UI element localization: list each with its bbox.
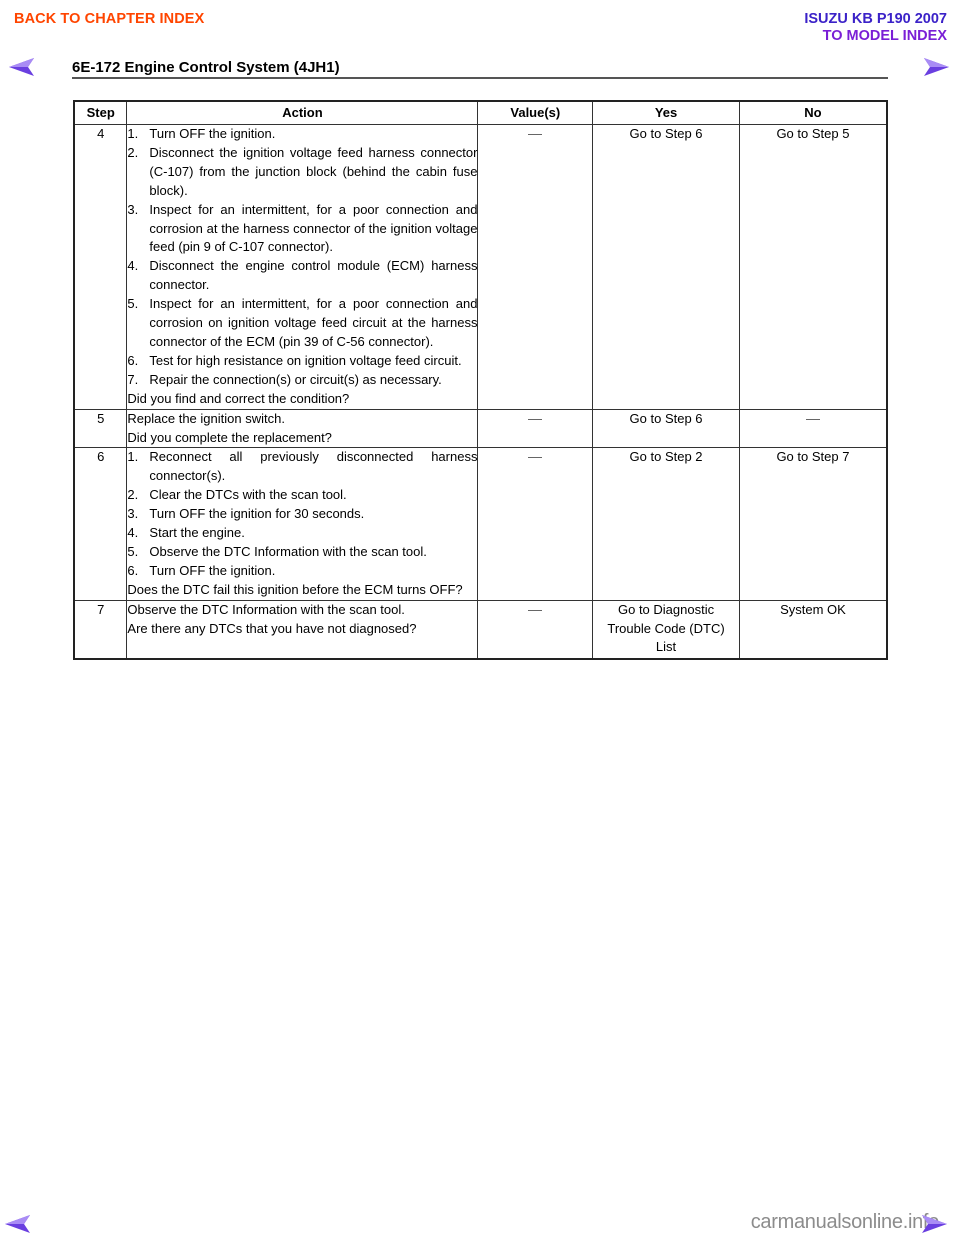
action-step: 5.Observe the DTC Information with the s…	[127, 543, 477, 562]
no-cell: Go to Step 7	[739, 448, 887, 600]
yes-line: Go to Diagnostic	[593, 601, 739, 620]
table-header-row: Step Action Value(s) Yes No	[74, 101, 887, 125]
action-steps: 1.Turn OFF the ignition. 2.Disconnect th…	[127, 125, 477, 390]
dash-icon	[806, 419, 820, 420]
to-model-index[interactable]: TO MODEL INDEX	[804, 28, 947, 45]
yes-cell: Go to Step 2	[593, 448, 740, 600]
table-row: 4 1.Turn OFF the ignition. 2.Disconnect …	[74, 125, 887, 410]
col-header-yes: Yes	[593, 101, 740, 125]
table-row: 5 Replace the ignition switch. Did you c…	[74, 409, 887, 448]
action-cell: Replace the ignition switch. Did you com…	[127, 409, 478, 448]
watermark: carmanualsonline.info	[751, 1211, 939, 1234]
table-row: 6 1.Reconnect all previously disconnecte…	[74, 448, 887, 600]
action-step: 4.Start the engine.	[127, 524, 477, 543]
value-cell	[478, 125, 593, 410]
back-to-chapter-index-link[interactable]: BACK TO CHAPTER INDEX	[14, 11, 204, 27]
right-arrow-icon[interactable]	[922, 56, 950, 78]
no-cell	[739, 409, 887, 448]
dash-icon	[528, 134, 542, 135]
col-header-no: No	[739, 101, 887, 125]
value-cell	[478, 409, 593, 448]
action-step: 1.Reconnect all previously disconnected …	[127, 448, 477, 486]
action-step: 6.Test for high resistance on ignition v…	[127, 352, 477, 371]
action-question: Did you find and correct the condition?	[127, 390, 477, 409]
yes-cell: Go to Step 6	[593, 125, 740, 410]
action-step: 6.Turn OFF the ignition.	[127, 562, 477, 581]
action-step: 5.Inspect for an intermittent, for a poo…	[127, 295, 477, 352]
page-title: 6E-172 Engine Control System (4JH1)	[72, 59, 340, 76]
model-name[interactable]: ISUZU KB P190 2007	[804, 11, 947, 28]
left-arrow-icon[interactable]	[8, 56, 36, 78]
yes-line: List	[593, 638, 739, 657]
value-cell	[478, 448, 593, 600]
action-step: 3.Turn OFF the ignition for 30 seconds.	[127, 505, 477, 524]
value-cell	[478, 600, 593, 659]
action-text: Observe the DTC Information with the sca…	[127, 601, 477, 620]
diagnostic-table: Step Action Value(s) Yes No 4 1.Turn OFF…	[73, 100, 888, 660]
dash-icon	[528, 419, 542, 420]
left-arrow-icon[interactable]	[4, 1213, 32, 1235]
no-cell: System OK	[739, 600, 887, 659]
action-question: Did you complete the replacement?	[127, 429, 477, 448]
action-text: Replace the ignition switch.	[127, 410, 477, 429]
step-number: 6	[74, 448, 127, 600]
action-question: Are there any DTCs that you have not dia…	[127, 620, 477, 639]
col-header-action: Action	[127, 101, 478, 125]
col-header-values: Value(s)	[478, 101, 593, 125]
action-step: 7.Repair the connection(s) or circuit(s)…	[127, 371, 477, 390]
action-question: Does the DTC fail this ignition before t…	[127, 581, 477, 600]
action-cell: 1.Reconnect all previously disconnected …	[127, 448, 478, 600]
yes-cell: Go to Step 6	[593, 409, 740, 448]
title-divider	[72, 77, 888, 79]
action-step: 1.Turn OFF the ignition.	[127, 125, 477, 144]
col-header-step: Step	[74, 101, 127, 125]
action-step: 2.Disconnect the ignition voltage feed h…	[127, 144, 477, 201]
action-steps: 1.Reconnect all previously disconnected …	[127, 448, 477, 580]
action-cell: Observe the DTC Information with the sca…	[127, 600, 478, 659]
action-step: 2.Clear the DTCs with the scan tool.	[127, 486, 477, 505]
no-cell: Go to Step 5	[739, 125, 887, 410]
action-step: 4.Disconnect the engine control module (…	[127, 257, 477, 295]
step-number: 4	[74, 125, 127, 410]
yes-cell: Go to Diagnostic Trouble Code (DTC) List	[593, 600, 740, 659]
dash-icon	[528, 457, 542, 458]
model-index-link[interactable]: ISUZU KB P190 2007 TO MODEL INDEX	[804, 11, 947, 45]
step-number: 5	[74, 409, 127, 448]
step-number: 7	[74, 600, 127, 659]
action-step: 3.Inspect for an intermittent, for a poo…	[127, 201, 477, 258]
dash-icon	[528, 610, 542, 611]
table-row: 7 Observe the DTC Information with the s…	[74, 600, 887, 659]
yes-line: Trouble Code (DTC)	[593, 620, 739, 639]
action-cell: 1.Turn OFF the ignition. 2.Disconnect th…	[127, 125, 478, 410]
right-arrow-icon[interactable]	[920, 1213, 948, 1235]
